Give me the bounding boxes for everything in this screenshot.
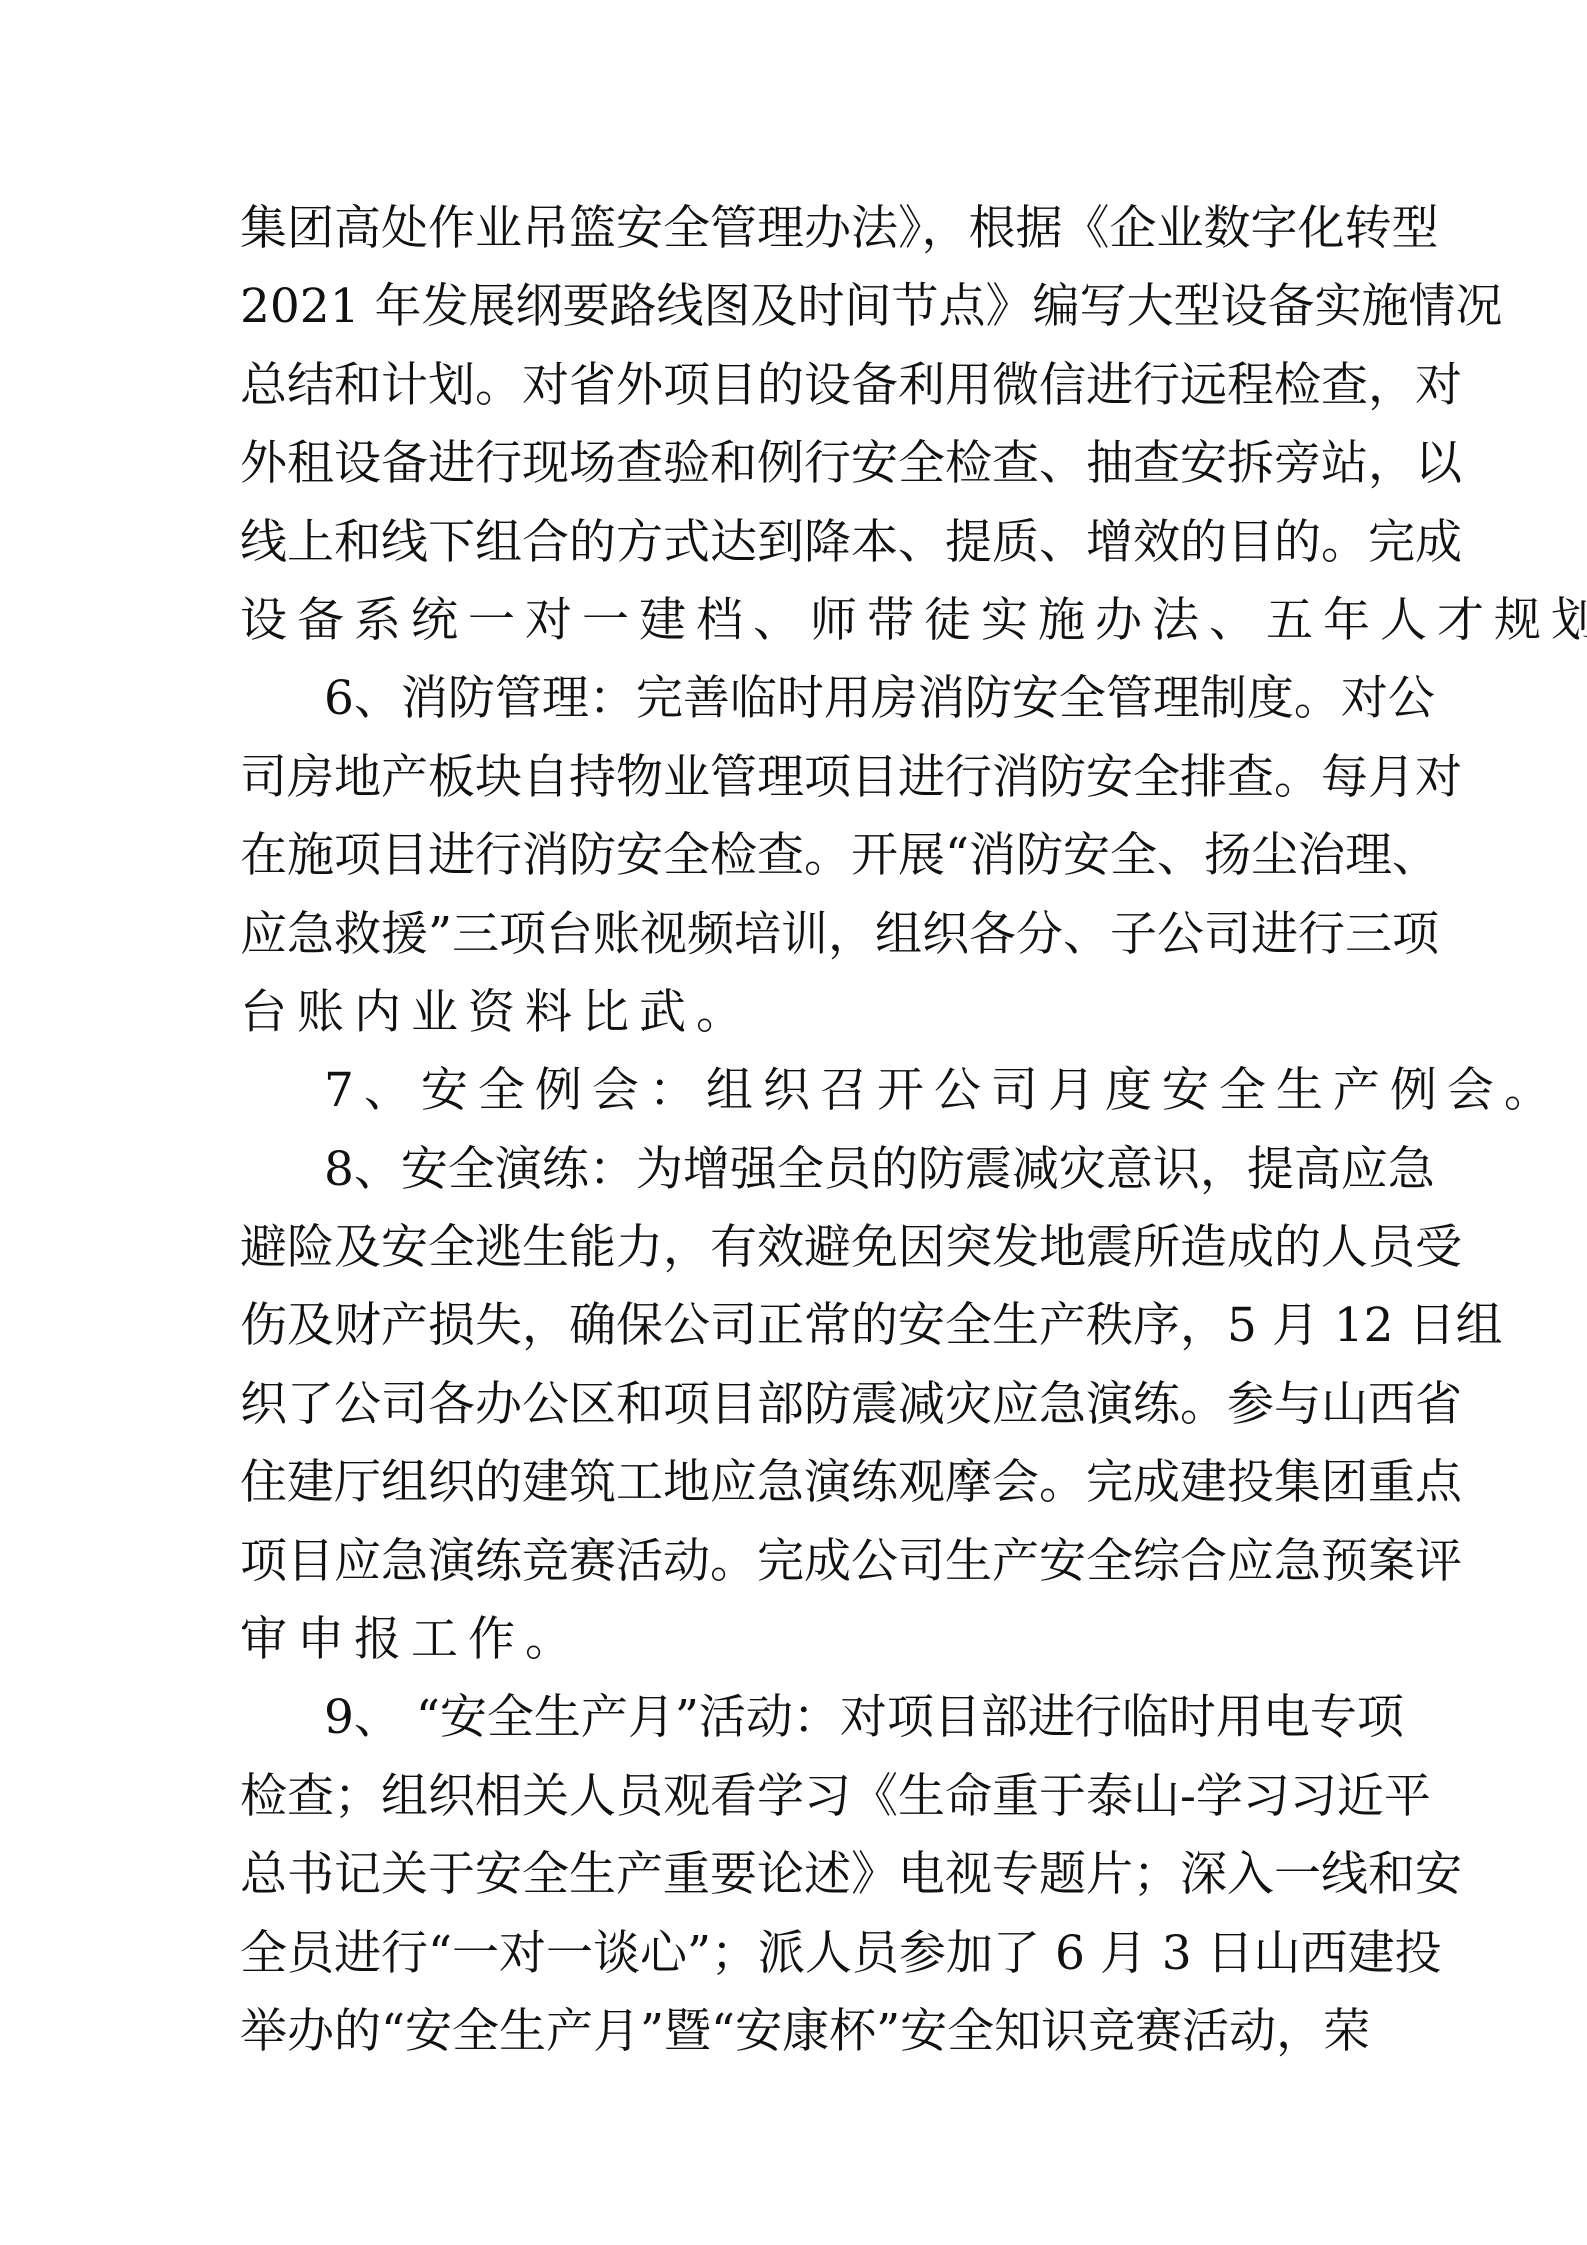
document-body: 集团高处作业吊篮安全管理办法》，根据《企业数字化转型 2021 年发展纲要路线图… — [240, 190, 1360, 2071]
text-line: 7、安全例会：组织召开公司月度安全生产例会。 — [240, 1052, 1360, 1130]
text-line: 伤及财产损失，确保公司正常的安全生产秩序，5 月 12 日组 — [240, 1287, 1360, 1365]
text-line: 外租设备进行现场查验和例行安全检查、抽查安拆旁站，以 — [240, 425, 1360, 503]
text-line: 织了公司各办公区和项目部防震减灾应急演练。参与山西省 — [240, 1366, 1360, 1444]
paragraph-safety-month: 9、 “安全生产月”活动：对项目部进行临时用电专项 检查；组织相关人员观看学习《… — [240, 1679, 1360, 2071]
text-line: 6、消防管理：完善临时用房消防安全管理制度。对公 — [240, 660, 1360, 738]
text-line: 全员进行“一对一谈心”；派人员参加了 6 月 3 日山西建投 — [240, 1915, 1360, 1993]
text-line: 司房地产板块自持物业管理项目进行消防安全排查。每月对 — [240, 739, 1360, 817]
text-line: 8、安全演练：为增强全员的防震减灾意识，提高应急 — [240, 1131, 1360, 1209]
text-line: 总结和计划。对省外项目的设备利用微信进行远程检查，对 — [240, 347, 1360, 425]
text-line: 在施项目进行消防安全检查。开展“消防安全、扬尘治理、 — [240, 817, 1360, 895]
text-line: 避险及安全逃生能力，有效避免因突发地震所造成的人员受 — [240, 1209, 1360, 1287]
text-line: 举办的“安全生产月”暨“安康杯”安全知识竞赛活动，荣 — [240, 1993, 1360, 2071]
paragraph-safety-meeting: 7、安全例会：组织召开公司月度安全生产例会。 — [240, 1052, 1360, 1130]
paragraph-equipment-continuation: 集团高处作业吊篮安全管理办法》，根据《企业数字化转型 2021 年发展纲要路线图… — [240, 190, 1360, 660]
text-line: 总书记关于安全生产重要论述》电视专题片；深入一线和安 — [240, 1836, 1360, 1914]
text-line: 集团高处作业吊篮安全管理办法》，根据《企业数字化转型 — [240, 190, 1360, 268]
text-line: 设备系统一对一建档、师带徒实施办法、五年人才规划。 — [240, 582, 1360, 660]
text-line: 检查；组织相关人员观看学习《生命重于泰山-学习习近平 — [240, 1758, 1360, 1836]
text-line: 应急救援”三项台账视频培训，组织各分、子公司进行三项 — [240, 896, 1360, 974]
text-line: 住建厅组织的建筑工地应急演练观摩会。完成建投集团重点 — [240, 1444, 1360, 1522]
document-page: 集团高处作业吊篮安全管理办法》，根据《企业数字化转型 2021 年发展纲要路线图… — [0, 0, 1587, 2245]
paragraph-safety-drill: 8、安全演练：为增强全员的防震减灾意识，提高应急 避险及安全逃生能力，有效避免因… — [240, 1131, 1360, 1680]
text-line: 2021 年发展纲要路线图及时间节点》编写大型设备实施情况 — [240, 268, 1360, 346]
text-line: 项目应急演练竞赛活动。完成公司生产安全综合应急预案评 — [240, 1523, 1360, 1601]
text-line: 台账内业资料比武。 — [240, 974, 1360, 1052]
text-line: 线上和线下组合的方式达到降本、提质、增效的目的。完成 — [240, 504, 1360, 582]
text-line: 9、 “安全生产月”活动：对项目部进行临时用电专项 — [240, 1679, 1360, 1757]
paragraph-fire-management: 6、消防管理：完善临时用房消防安全管理制度。对公 司房地产板块自持物业管理项目进… — [240, 660, 1360, 1052]
text-line: 审申报工作。 — [240, 1601, 1360, 1679]
